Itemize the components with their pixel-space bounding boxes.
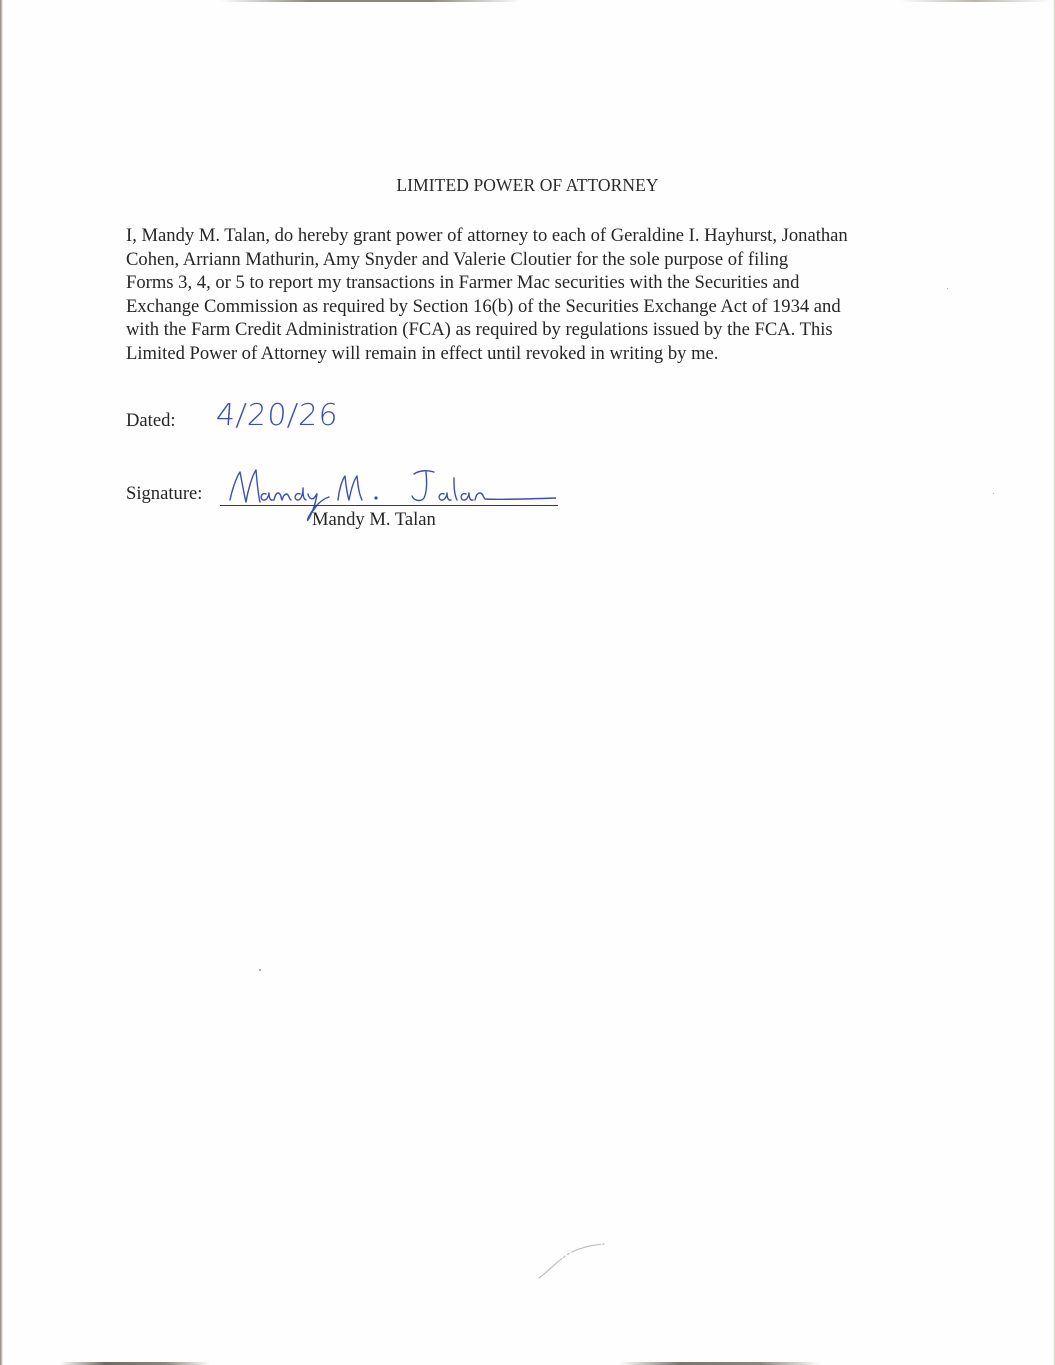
handwritten-date: 4/20/26 <box>215 398 340 433</box>
body-line: with the Farm Credit Administration (FCA… <box>126 318 946 342</box>
signature-line <box>220 505 558 506</box>
body-line: Limited Power of Attorney will remain in… <box>126 342 946 366</box>
scan-speck <box>259 969 261 971</box>
body-line: Cohen, Arriann Mathurin, Amy Snyder and … <box>126 248 946 272</box>
scan-edge-top <box>220 0 520 2</box>
dated-label: Dated: <box>126 410 176 432</box>
scan-speck <box>947 288 948 289</box>
body-line: Forms 3, 4, or 5 to report my transactio… <box>126 271 946 295</box>
body-line: I, Mandy M. Talan, do hereby grant power… <box>126 224 946 248</box>
document-title: LIMITED POWER OF ATTORNEY <box>0 175 1055 196</box>
scan-edge-left <box>0 0 3 1365</box>
document-body: I, Mandy M. Talan, do hereby grant power… <box>126 224 946 366</box>
body-line: Exchange Commission as required by Secti… <box>126 295 946 319</box>
scanned-document-page: LIMITED POWER OF ATTORNEY I, Mandy M. Ta… <box>0 0 1055 1365</box>
scan-speck <box>993 493 994 494</box>
signer-printed-name: Mandy M. Talan <box>312 509 436 531</box>
stray-pen-mark <box>536 1240 608 1282</box>
signature-label: Signature: <box>126 483 202 505</box>
scan-edge-top-right <box>900 0 1050 2</box>
